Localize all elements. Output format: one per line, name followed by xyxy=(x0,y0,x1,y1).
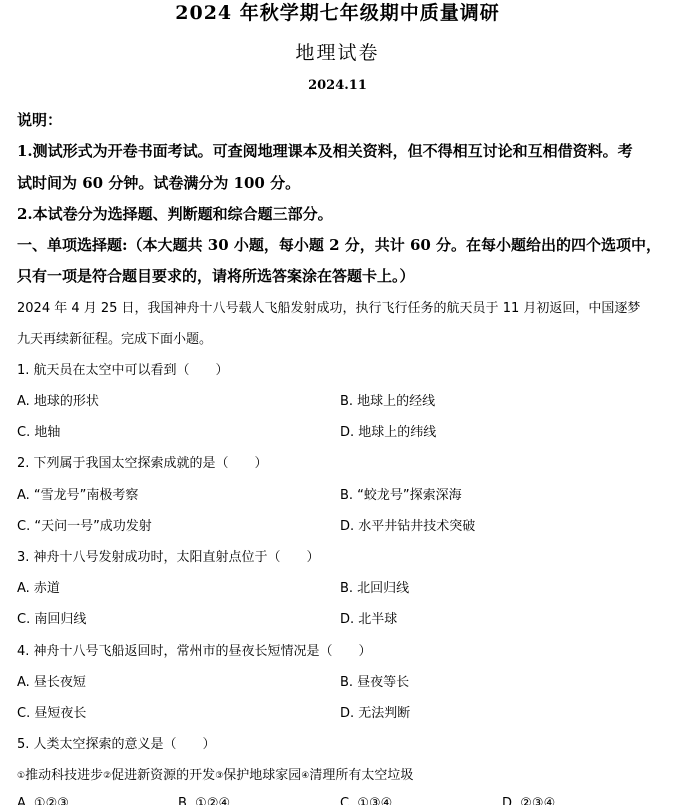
instruction-item-1-line-1: 1.测试形式为开卷书面考试。可查阅地理课本及相关资料，但不得相互讨论和互相借资料… xyxy=(17,140,633,161)
statement-2-mark: ② xyxy=(103,771,111,781)
instruction-item-2: 2.本试卷分为选择题、判断题和综合题三部分。 xyxy=(17,203,333,224)
section-heading-line-1: 一、单项选择题:（本大题共 30 小题，每小题 2 分，共计 60 分。在每小题… xyxy=(17,234,661,255)
question-2-option-c[interactable]: C. “天问一号”成功发射 xyxy=(17,515,152,534)
instructions-label: 说明： xyxy=(17,109,62,130)
statement-1-mark: ① xyxy=(17,771,25,781)
question-5-option-a[interactable]: A. ①②③ xyxy=(17,796,69,805)
question-1-option-d[interactable]: D. 地球上的纬线 xyxy=(340,421,436,440)
question-2-stem: 2. 下列属于我国太空探索成就的是（ ） xyxy=(17,452,268,471)
question-1-stem: 1. 航天员在太空中可以看到（ ） xyxy=(17,359,229,378)
statement-2-text: 促进新资源的开发 xyxy=(111,768,215,783)
exam-subtitle: 地理试卷 xyxy=(0,38,675,65)
question-3-option-a[interactable]: A. 赤道 xyxy=(17,577,60,596)
question-2-option-a[interactable]: A. “雪龙号”南极考察 xyxy=(17,484,138,503)
question-5-option-d[interactable]: D. ②③④ xyxy=(502,796,555,805)
question-4-option-a[interactable]: A. 昼长夜短 xyxy=(17,671,86,690)
question-5-option-c[interactable]: C. ①③④ xyxy=(340,796,392,805)
question-1-option-b[interactable]: B. 地球上的经线 xyxy=(340,390,435,409)
statement-1-text: 推动科技进步 xyxy=(25,768,103,783)
statement-4-text: 清理所有太空垃圾 xyxy=(309,768,413,783)
statement-3-text: 保护地球家园 xyxy=(223,768,301,783)
exam-date: 2024.11 xyxy=(0,78,675,93)
question-3-stem: 3. 神舟十八号发射成功时，太阳直射点位于（ ） xyxy=(17,546,320,565)
question-4-option-d[interactable]: D. 无法判断 xyxy=(340,702,410,721)
question-5-option-b[interactable]: B. ①②④ xyxy=(178,796,230,805)
question-4-option-c[interactable]: C. 昼短夜长 xyxy=(17,702,86,721)
question-2-option-d[interactable]: D. 水平井钻井技术突破 xyxy=(340,515,475,534)
exam-title: 2024 年秋学期七年级期中质量调研 xyxy=(0,0,675,25)
question-3-option-c[interactable]: C. 南回归线 xyxy=(17,608,86,627)
question-1-option-c[interactable]: C. 地轴 xyxy=(17,421,60,440)
question-2-option-b[interactable]: B. “蛟龙号”探索深海 xyxy=(340,484,462,503)
question-5-stem: 5. 人类太空探索的意义是（ ） xyxy=(17,733,216,752)
question-5-statements: ①推动科技进步②促进新资源的开发③保护地球家园④清理所有太空垃圾 xyxy=(17,764,413,783)
question-4-option-b[interactable]: B. 昼夜等长 xyxy=(340,671,409,690)
question-3-option-b[interactable]: B. 北回归线 xyxy=(340,577,409,596)
section-heading-line-2: 只有一项是符合题目要求的，请将所选答案涂在答题卡上。） xyxy=(17,265,415,286)
context-paragraph-line-1: 2024 年 4 月 25 日，我国神舟十八号载人飞船发射成功，执行飞行任务的航… xyxy=(17,297,640,316)
question-1-option-a[interactable]: A. 地球的形状 xyxy=(17,390,99,409)
question-3-option-d[interactable]: D. 北半球 xyxy=(340,608,397,627)
question-4-stem: 4. 神舟十八号飞船返回时，常州市的昼夜长短情况是（ ） xyxy=(17,640,372,659)
instruction-item-1-line-2: 试时间为 60 分钟。试卷满分为 100 分。 xyxy=(17,172,300,193)
context-paragraph-line-2: 九天再续新征程。完成下面小题。 xyxy=(17,328,212,347)
